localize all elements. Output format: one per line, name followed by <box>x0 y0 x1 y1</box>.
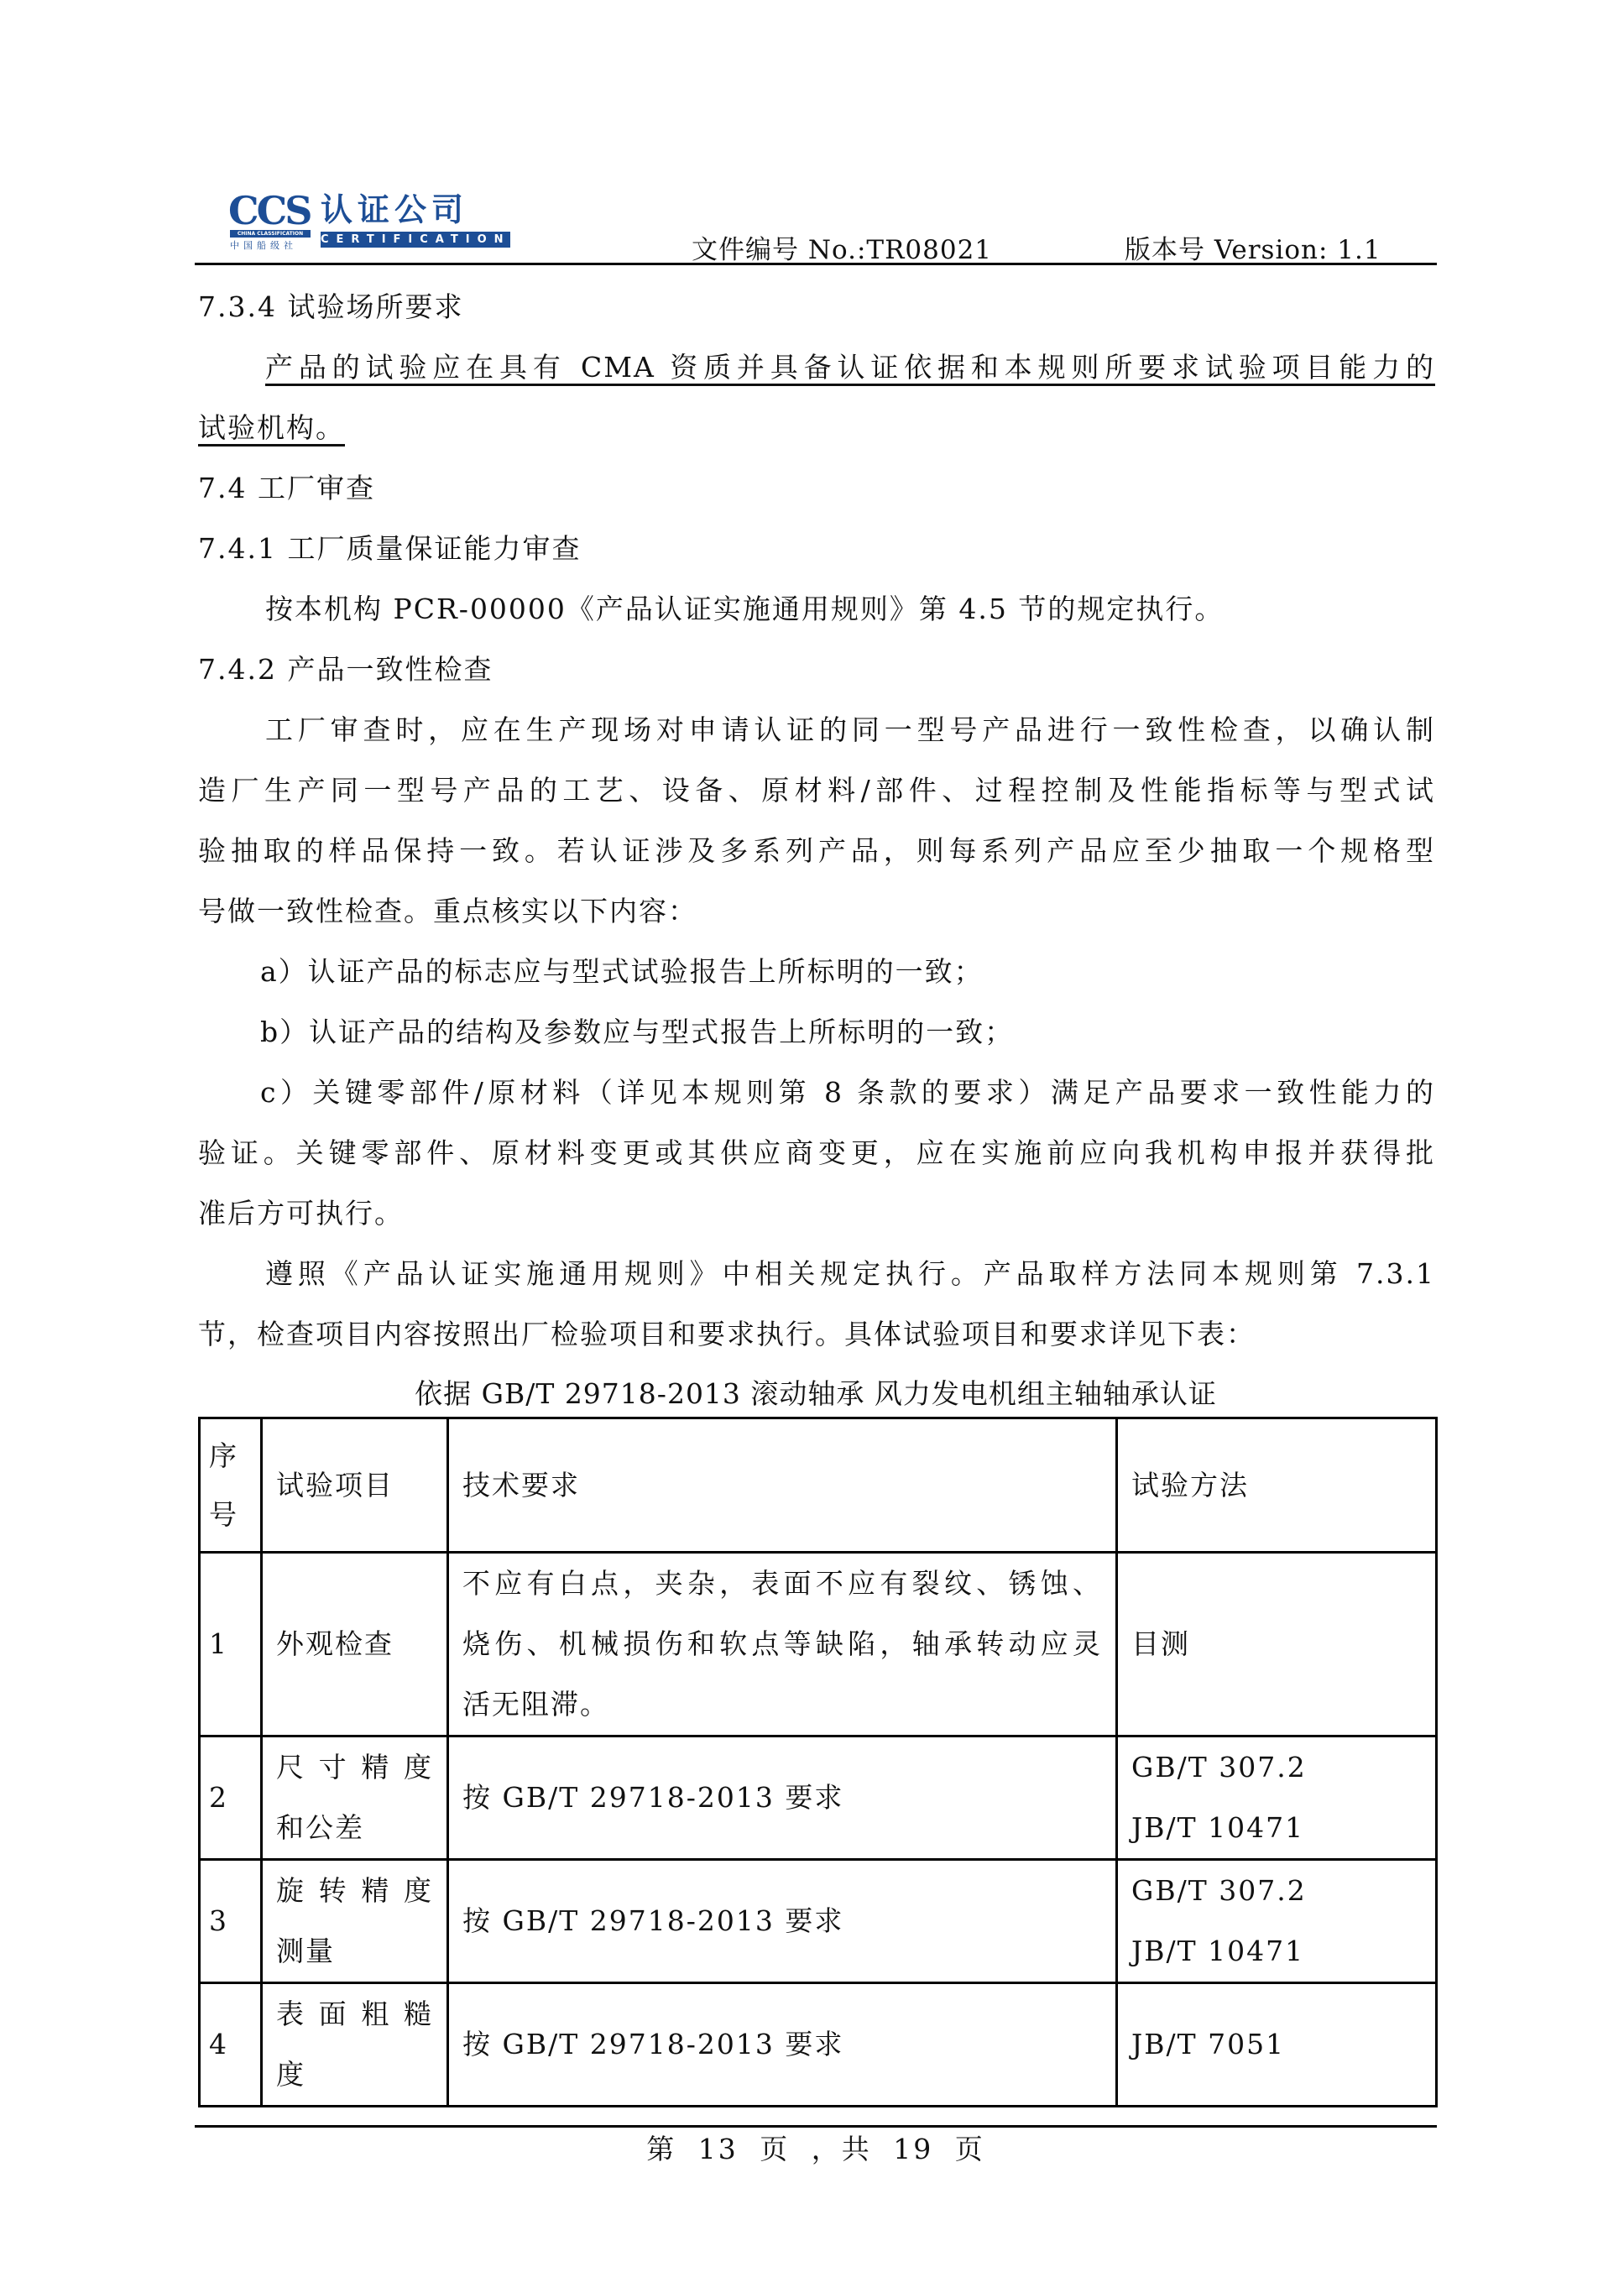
section-heading-7-4: 7.4 工厂审查 <box>198 472 375 505</box>
cell-technical-requirement: 不应有白点，夹杂，表面不应有裂纹、锈蚀、 烧伤、机械损伤和软点等缺陷，轴承转动应… <box>448 1553 1117 1736</box>
list-item-c-line3: 准后方可执行。 <box>198 1197 404 1230</box>
cell-serial-number: 1 <box>200 1553 262 1736</box>
section-heading-7-3-4: 7.3.4 试验场所要求 <box>198 290 463 324</box>
table-row: 4 表面粗糙 度 按 GB/T 29718-2013 要求 JB/T 7051 <box>200 1983 1437 2107</box>
cell-serial-number: 3 <box>200 1860 262 1983</box>
header-serial-number: 序 号 <box>200 1418 262 1553</box>
header-technical-requirement: 技术要求 <box>448 1418 1117 1553</box>
table-caption: 依据 GB/T 29718-2013 滚动轴承 风力发电机组主轴轴承认证 <box>195 1372 1437 1412</box>
document-page: CCS CHINA CLASSIFICATION SOCIETY 中国船级社 认… <box>0 0 1624 2277</box>
paragraph-follow-line1: 遵照《产品认证实施通用规则》中相关规定执行。产品取样方法同本规则第 7.3.1 <box>265 1257 1435 1291</box>
paragraph-7-3-4-line2: 试验机构。 <box>198 411 345 445</box>
paragraph-follow-line2: 节，检查项目内容按照出厂检验项目和要求执行。具体试验项目和要求详见下表： <box>198 1318 1256 1351</box>
list-item-b: b）认证产品的结构及参数应与型式报告上所标明的一致； <box>260 1016 1014 1049</box>
document-version: 版本号 Version: 1.1 <box>1125 228 1381 266</box>
paragraph-7-3-4-line1: 产品的试验应在具有 CMA 资质并具备认证依据和本规则所要求试验项目能力的 <box>265 351 1435 384</box>
cell-test-method: 目测 <box>1117 1553 1437 1736</box>
list-item-c-line2: 验证。关键零部件、原材料变更或其供应商变更，应在实施前应向我机构申报并获得批 <box>198 1136 1435 1170</box>
paragraph-7-4-2-line1: 工厂审查时，应在生产现场对申请认证的同一型号产品进行一致性检查，以确认制 <box>265 713 1435 747</box>
table-row: 1 外观检查 不应有白点，夹杂，表面不应有裂纹、锈蚀、 烧伤、机械损伤和软点等缺… <box>200 1553 1437 1736</box>
header-test-item: 试验项目 <box>262 1418 448 1553</box>
cell-test-method: GB/T 307.2 JB/T 10471 <box>1117 1860 1437 1983</box>
cell-technical-requirement: 按 GB/T 29718-2013 要求 <box>448 1736 1117 1860</box>
logo-society-cn: 中国船级社 <box>230 238 297 252</box>
logo-society-en: CHINA CLASSIFICATION SOCIETY <box>230 230 311 238</box>
paragraph-7-4-2-line4: 号做一致性检查。重点核实以下内容： <box>198 895 697 928</box>
header-divider <box>195 263 1437 265</box>
cell-test-item: 表面粗糙 度 <box>262 1983 448 2107</box>
section-heading-7-4-1: 7.4.1 工厂质量保证能力审查 <box>198 532 581 566</box>
cell-test-item: 旋转精度 测量 <box>262 1860 448 1983</box>
cell-test-item: 尺寸精度 和公差 <box>262 1736 448 1860</box>
cell-test-method: GB/T 307.2 JB/T 10471 <box>1117 1736 1437 1860</box>
logo-company-cn: 认证公司 <box>321 193 468 227</box>
cell-serial-number: 2 <box>200 1736 262 1860</box>
cell-technical-requirement: 按 GB/T 29718-2013 要求 <box>448 1983 1117 2107</box>
logo-certification: CERTIFICATION <box>321 232 510 248</box>
ccs-certification-logo: CCS CHINA CLASSIFICATION SOCIETY 中国船级社 认… <box>228 191 530 252</box>
header-test-method: 试验方法 <box>1117 1418 1437 1553</box>
table-row: 3 旋转精度 测量 按 GB/T 29718-2013 要求 GB/T 307.… <box>200 1860 1437 1983</box>
cell-technical-requirement: 按 GB/T 29718-2013 要求 <box>448 1860 1117 1983</box>
cell-test-method: JB/T 7051 <box>1117 1983 1437 2107</box>
table-header-row: 序 号 试验项目 技术要求 试验方法 <box>200 1418 1437 1553</box>
test-items-table: 序 号 试验项目 技术要求 试验方法 1 外观检查 不应有白点，夹杂，表面不应有… <box>198 1417 1438 2107</box>
cell-test-item: 外观检查 <box>262 1553 448 1736</box>
page-number: 第 13 页 ，共 19 页 <box>195 2128 1437 2167</box>
list-item-a: a）认证产品的标志应与型式试验报告上所标明的一致； <box>260 955 984 989</box>
cell-serial-number: 4 <box>200 1983 262 2107</box>
document-number: 文件编号 No.:TR08021 <box>692 228 992 266</box>
paragraph-7-4-1: 按本机构 PCR-00000《产品认证实施通用规则》第 4.5 节的规定执行。 <box>265 593 1224 626</box>
list-item-c-line1: c）关键零部件/原材料（详见本规则第 8 条款的要求）满足产品要求一致性能力的 <box>260 1076 1435 1110</box>
paragraph-7-4-2-line3: 验抽取的样品保持一致。若认证涉及多系列产品，则每系列产品应至少抽取一个规格型 <box>198 834 1435 868</box>
logo-mark: CCS <box>228 191 310 230</box>
section-heading-7-4-2: 7.4.2 产品一致性检查 <box>198 653 493 687</box>
paragraph-7-4-2-line2: 造厂生产同一型号产品的工艺、设备、原材料/部件、过程控制及性能指标等与型式试 <box>198 774 1435 807</box>
table-row: 2 尺寸精度 和公差 按 GB/T 29718-2013 要求 GB/T 307… <box>200 1736 1437 1860</box>
